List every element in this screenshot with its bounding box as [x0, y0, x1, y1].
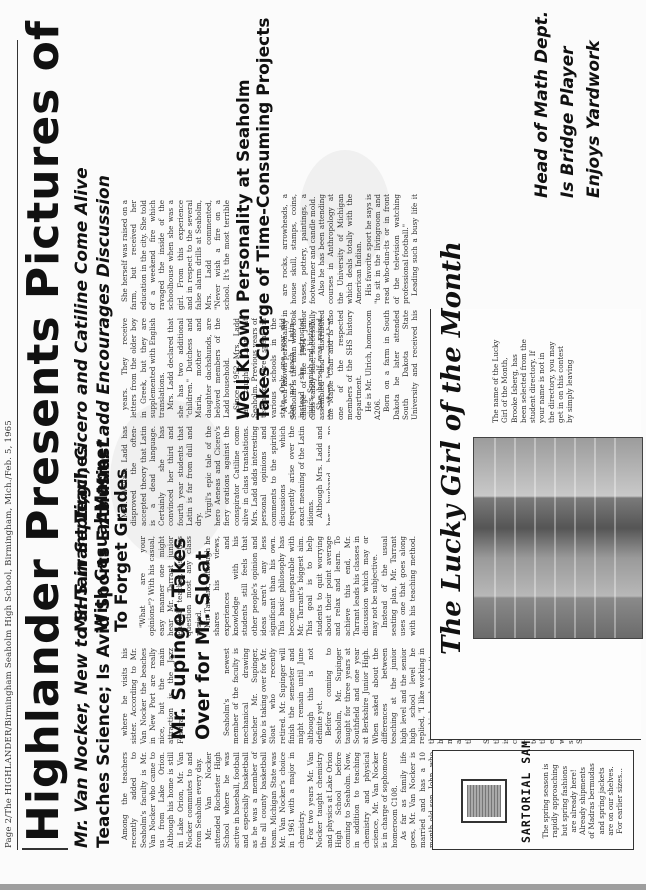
lucky-girl-box: The Lucky Girl of the Month The name of … — [430, 309, 641, 740]
tarrant-body: "What are your opinions"? With his casua… — [138, 536, 418, 636]
ladd-headline-1: Virgil, Cicero and Catiline Come Alive — [74, 167, 92, 524]
ulrich-headline-2: Takes Charge of Time-Consuming Projects — [256, 18, 274, 420]
newspaper-page: Page 2/The HIGHLANDER/Birmingham Seaholm… — [0, 0, 646, 890]
banner-left-rule — [22, 849, 68, 851]
paragraph: Mrs. Ladd declared that she has two addi… — [166, 318, 231, 418]
paragraph: He is Mr. Ulrich, homeroom A206. — [364, 310, 383, 420]
paragraph: Born on a farm in South Dakota he later … — [382, 310, 420, 420]
math-head-headline-2: Is Bridge Player — [560, 46, 578, 198]
sartorial-sampler-body: The spring season is rapidly approaching… — [541, 763, 631, 839]
paragraph: Mr. Tarrant, although he shares his view… — [203, 536, 380, 636]
ulrich-col-2: are rocks, arrowheads, a house skull, st… — [280, 194, 420, 304]
banner-headline: Highlander Presents Pictures of Faculty … — [22, 0, 66, 842]
lucky-girl-body: The name of the Lucky Girl of the Month,… — [491, 339, 631, 423]
ulrich-headline-1: Well Known Personality at Seaholm — [236, 79, 254, 420]
sartorial-sampler-box: SARTORIAL SAMPLER The spring season is r… — [432, 750, 634, 850]
paragraph: She herself was raised on a farm, but re… — [120, 200, 230, 310]
paragraph: Leading such a busy life it seems imposs… — [410, 194, 420, 304]
paragraph: Mrs. William Ladd has disproved the ofte… — [120, 426, 204, 526]
math-head-headline-1: Head of Math Dept. — [534, 11, 552, 198]
paragraph: Virgil's epic tale of the hero Aeneas an… — [204, 426, 316, 526]
math-head-headline-3: Enjoys Yardwork — [586, 40, 604, 198]
paragraph: Although Mrs. Ladd and her husband have … — [315, 426, 330, 526]
paragraph: His favorite sport he says is "to sit in… — [364, 194, 410, 304]
headline-text: Enjoys Yardwork — [584, 40, 604, 198]
ulrich-col-1: A well known personality in Seaholm is t… — [280, 310, 420, 420]
paragraph: "What are your opinions"? With his casua… — [138, 536, 203, 636]
paragraph: Among the teachers recently added to Sea… — [120, 752, 204, 848]
dateline: Page 2/The HIGHLANDER/Birmingham Seaholm… — [4, 420, 14, 848]
lucky-girl-photo — [473, 437, 643, 639]
paragraph: A well known personality in Seaholm is t… — [280, 310, 364, 420]
ladd-col-3: She herself was raised on a farm, but re… — [120, 200, 230, 310]
paragraph: Instead of the usual seating plan, Mr. T… — [380, 536, 418, 636]
paragraph: years. They receive letters from the old… — [120, 318, 166, 418]
paragraph: Mr. Van Nocker attended Rochester High S… — [204, 752, 306, 848]
scan-edge — [0, 884, 646, 890]
paragraph: Seaholm's newest member of the faculty i… — [222, 648, 324, 744]
paragraph: Also he has been attending courses in An… — [317, 194, 363, 304]
paragraph: For two years Mr. Van Nocker taught chem… — [306, 752, 399, 848]
scanned-page-viewport: Page 2/The HIGHLANDER/Birmingham Seaholm… — [0, 0, 646, 890]
ladd-headline-2: As Mrs. Ladd Encourages Discussion — [96, 175, 114, 524]
headline-text: Is Bridge Player — [558, 46, 578, 198]
paragraph: are rocks, arrowheads, a house skull, st… — [280, 194, 317, 304]
headline-text: Virgil, Cicero and Catiline Come Alive — [72, 167, 92, 524]
headline-text: Head of Math Dept. — [532, 11, 552, 198]
headline-text: As Mrs. Ladd Encourages Discussion — [94, 175, 114, 524]
ladd-col-1: Mrs. William Ladd has disproved the ofte… — [120, 426, 330, 526]
lucky-girl-title: The Lucky Girl of the Month — [437, 241, 467, 655]
gentleman-top-hat-icon — [461, 779, 507, 823]
